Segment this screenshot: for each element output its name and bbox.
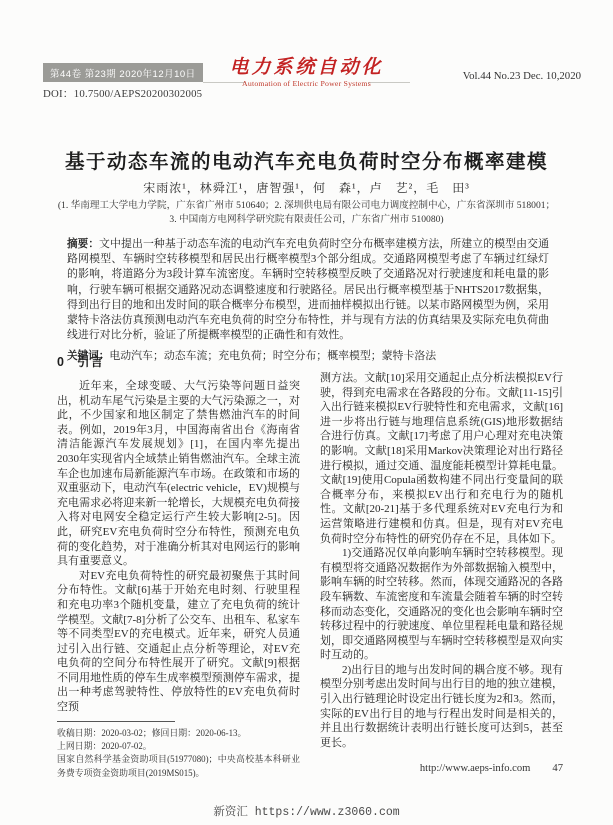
page-number: 47 <box>552 763 563 774</box>
abstract-label: 摘要： <box>67 238 99 250</box>
journal-name-en: Automation of Electric Power Systems <box>229 79 383 88</box>
abstract-text: 文中提出一种基于动态车流的电动汽车充电负荷时空分布概率建模方法，所建立的模型由交… <box>67 238 549 341</box>
body-columns: 0引言 近年来，全球变暖、大气污染等问题日益突出，机动车尾气污染是主要的大气污染… <box>57 352 563 750</box>
footnote-line: 国家自然科学基金资助项目(51977080)；中央高校基本科研业务费专项资金资助… <box>57 753 300 779</box>
author-list: 宋雨浓¹，林舜江¹，唐智强¹，何 森¹，卢 艺²，毛 田³ <box>0 179 613 196</box>
body-paragraph: 测方法。文献[10]采用交通起止点分析法模拟EV行驶，得到充电需求在各路段的分布… <box>320 371 563 546</box>
article-title: 基于动态车流的电动汽车充电负荷时空分布概率建模 <box>0 146 613 174</box>
body-paragraph: 近年来，全球变暖、大气污染等问题日益突出，机动车尾气污染是主要的大气污染源之一，… <box>57 379 300 569</box>
section-number: 0 <box>57 355 65 369</box>
affiliation-line: 3. 中国南方电网科学研究院有限责任公司，广东省广州市 510080) <box>0 213 613 227</box>
issue-info-box: 第44卷 第23期 2020年12月10日 <box>43 63 203 82</box>
affiliations: (1. 华南理工大学电力学院，广东省广州市 510640；2. 深圳供电局有限公… <box>0 199 613 227</box>
footnote-line: 上网日期：2020-07-02。 <box>57 740 300 753</box>
doi-text: DOI：10.7500/AEPS20200302005 <box>43 86 202 101</box>
body-paragraph: 对EV充电负荷特性的研究最初聚焦于其时间分布特性。文献[6]基于开始充电时刻、行… <box>57 569 300 715</box>
body-paragraph: 2)出行目的地与出发时间的耦合度不够。现有模型分别考虑出发时间与出行目的地的独立… <box>320 663 563 751</box>
section-title: 引言 <box>77 355 104 369</box>
footnote-rule <box>57 721 175 722</box>
volume-issue-date: Vol.44 No.23 Dec. 10,2020 <box>463 70 581 82</box>
journal-name-cn: 电力系统自动化 <box>229 58 383 78</box>
footnote-block: 收稿日期：2020-03-02；修回日期：2020-06-13。 上网日期：20… <box>57 721 300 780</box>
right-column: 测方法。文献[10]采用交通起止点分析法模拟EV行驶，得到充电需求在各路段的分布… <box>320 352 563 750</box>
abstract-block: 摘要：文中提出一种基于动态车流的电动汽车充电负荷时空分布概率建模方法，所建立的模… <box>67 237 549 365</box>
left-column: 0引言 近年来，全球变暖、大气污染等问题日益突出，机动车尾气污染是主要的大气污染… <box>57 352 300 750</box>
paper-page: 第44卷 第23期 2020年12月10日 DOI：10.7500/AEPS20… <box>0 0 613 825</box>
section-heading-introduction: 0引言 <box>57 352 300 370</box>
watermark-text: 新资汇 https://www.z3060.com <box>0 803 613 819</box>
body-paragraph: 1)交通路况仅单向影响车辆时空转移模型。现有模型将交通路况数据作为外部数据输入模… <box>320 546 563 663</box>
page-footer: http://www.aeps-info.com47 <box>420 763 563 774</box>
journal-url: http://www.aeps-info.com <box>420 763 531 774</box>
journal-logo: 电力系统自动化 Automation of Electric Power Sys… <box>229 58 383 88</box>
footnote-line: 收稿日期：2020-03-02；修回日期：2020-06-13。 <box>57 727 300 740</box>
abstract-paragraph: 摘要：文中提出一种基于动态车流的电动汽车充电负荷时空分布概率建模方法，所建立的模… <box>67 237 549 343</box>
affiliation-line: (1. 华南理工大学电力学院，广东省广州市 510640；2. 深圳供电局有限公… <box>0 199 613 213</box>
